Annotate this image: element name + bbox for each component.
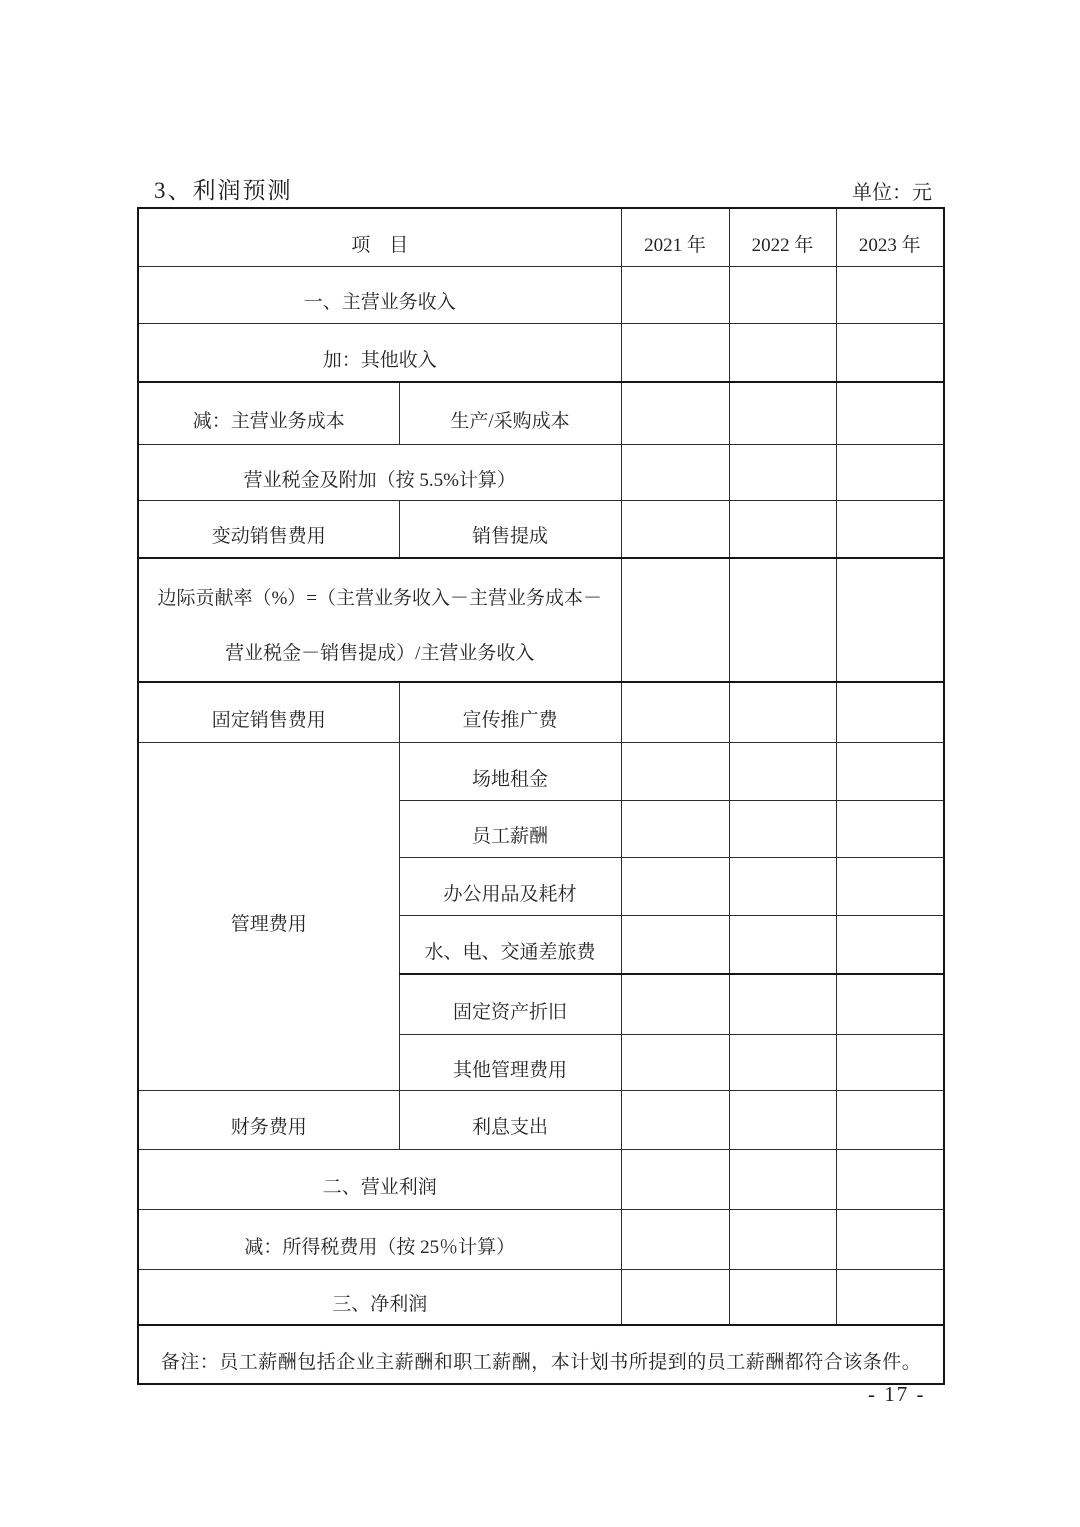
row-fixed-selling-label: 固定销售费用 <box>138 682 399 742</box>
value-cell <box>729 682 836 742</box>
row-main-revenue-label: 一、主营业务收入 <box>138 266 621 323</box>
margin-formula-line2: 营业税金－销售提成）/主营业务收入 <box>141 626 619 681</box>
value-cell <box>836 1269 944 1325</box>
row-management-expense-label: 管理费用 <box>138 742 399 1090</box>
value-cell <box>836 1149 944 1209</box>
value-cell <box>729 974 836 1034</box>
row-interest-expense-label: 利息支出 <box>399 1090 621 1149</box>
margin-formula-line1: 边际贡献率（%）=（主营业务收入－主营业务成本－ <box>141 571 619 626</box>
row-production-cost-label: 生产/采购成本 <box>399 382 621 444</box>
row-margin-formula: 边际贡献率（%）=（主营业务收入－主营业务成本－ 营业税金－销售提成）/主营业务… <box>138 558 621 682</box>
value-cell <box>729 558 836 682</box>
header-year-2022: 2022 年 <box>729 208 836 266</box>
value-cell <box>621 974 729 1034</box>
value-cell <box>836 1209 944 1269</box>
value-cell <box>836 558 944 682</box>
value-cell <box>729 1149 836 1209</box>
value-cell <box>836 323 944 382</box>
table-row: 二、营业利润 <box>138 1149 944 1209</box>
row-other-management-label: 其他管理费用 <box>399 1034 621 1090</box>
value-cell <box>836 382 944 444</box>
value-cell <box>621 742 729 800</box>
row-operating-profit-label: 二、营业利润 <box>138 1149 621 1209</box>
profit-forecast-table: 项 目 2021 年 2022 年 2023 年 一、主营业务收入 加：其他收入… <box>137 207 945 1385</box>
table-row: 项 目 2021 年 2022 年 2023 年 <box>138 208 944 266</box>
value-cell <box>621 382 729 444</box>
value-cell <box>621 682 729 742</box>
value-cell <box>836 857 944 915</box>
value-cell <box>729 323 836 382</box>
value-cell <box>621 558 729 682</box>
value-cell <box>836 266 944 323</box>
row-variable-selling-label: 变动销售费用 <box>138 500 399 558</box>
value-cell <box>621 1269 729 1325</box>
value-cell <box>729 500 836 558</box>
value-cell <box>621 800 729 857</box>
value-cell <box>729 915 836 974</box>
table-row: 边际贡献率（%）=（主营业务收入－主营业务成本－ 营业税金－销售提成）/主营业务… <box>138 558 944 682</box>
row-promotion-fee-label: 宣传推广费 <box>399 682 621 742</box>
value-cell <box>836 742 944 800</box>
value-cell <box>729 857 836 915</box>
row-financial-expense-label: 财务费用 <box>138 1090 399 1149</box>
header-year-2021: 2021 年 <box>621 208 729 266</box>
value-cell <box>621 1209 729 1269</box>
value-cell <box>836 500 944 558</box>
value-cell <box>836 974 944 1034</box>
table-row: 一、主营业务收入 <box>138 266 944 323</box>
row-income-tax-label: 减：所得税费用（按 25％计算） <box>138 1209 621 1269</box>
unit-label: 单位：元 <box>852 176 932 205</box>
table-row: 固定销售费用 宣传推广费 <box>138 682 944 742</box>
value-cell <box>729 1269 836 1325</box>
header-year-2023: 2023 年 <box>836 208 944 266</box>
row-other-income-label: 加：其他收入 <box>138 323 621 382</box>
row-employee-comp-label: 员工薪酬 <box>399 800 621 857</box>
table-row: 减：所得税费用（按 25％计算） <box>138 1209 944 1269</box>
value-cell <box>729 266 836 323</box>
table-row: 变动销售费用 销售提成 <box>138 500 944 558</box>
row-main-cost-label: 减：主营业务成本 <box>138 382 399 444</box>
value-cell <box>836 444 944 500</box>
table-row: 管理费用 场地租金 <box>138 742 944 800</box>
value-cell <box>836 915 944 974</box>
value-cell <box>836 800 944 857</box>
table-row: 减：主营业务成本 生产/采购成本 <box>138 382 944 444</box>
value-cell <box>621 266 729 323</box>
value-cell <box>729 444 836 500</box>
table-row: 财务费用 利息支出 <box>138 1090 944 1149</box>
value-cell <box>836 682 944 742</box>
value-cell <box>729 800 836 857</box>
table-note: 备注：员工薪酬包括企业主薪酬和职工薪酬，本计划书所提到的员工薪酬都符合该条件。 <box>138 1325 944 1384</box>
value-cell <box>621 323 729 382</box>
table-row: 三、净利润 <box>138 1269 944 1325</box>
table-row: 加：其他收入 <box>138 323 944 382</box>
row-utilities-travel-label: 水、电、交通差旅费 <box>399 915 621 974</box>
row-site-rent-label: 场地租金 <box>399 742 621 800</box>
value-cell <box>729 1090 836 1149</box>
value-cell <box>729 1034 836 1090</box>
row-net-profit-label: 三、净利润 <box>138 1269 621 1325</box>
table-row: 营业税金及附加（按 5.5%计算） <box>138 444 944 500</box>
value-cell <box>621 857 729 915</box>
value-cell <box>621 1149 729 1209</box>
document-page: 3、利润预测 单位：元 项 目 2021 年 2022 年 2023 年 一、主… <box>0 0 1080 1527</box>
row-sales-commission-label: 销售提成 <box>399 500 621 558</box>
value-cell <box>729 1209 836 1269</box>
value-cell <box>621 444 729 500</box>
value-cell <box>621 1090 729 1149</box>
row-business-tax-label: 营业税金及附加（按 5.5%计算） <box>138 444 621 500</box>
page-number: - 17 - <box>868 1382 926 1407</box>
row-depreciation-label: 固定资产折旧 <box>399 974 621 1034</box>
value-cell <box>836 1090 944 1149</box>
value-cell <box>621 500 729 558</box>
value-cell <box>729 742 836 800</box>
value-cell <box>621 1034 729 1090</box>
section-title: 3、利润预测 <box>154 172 293 205</box>
row-office-supplies-label: 办公用品及耗材 <box>399 857 621 915</box>
value-cell <box>836 1034 944 1090</box>
header-item: 项 目 <box>138 208 621 266</box>
table-row: 备注：员工薪酬包括企业主薪酬和职工薪酬，本计划书所提到的员工薪酬都符合该条件。 <box>138 1325 944 1384</box>
value-cell <box>621 915 729 974</box>
value-cell <box>729 382 836 444</box>
